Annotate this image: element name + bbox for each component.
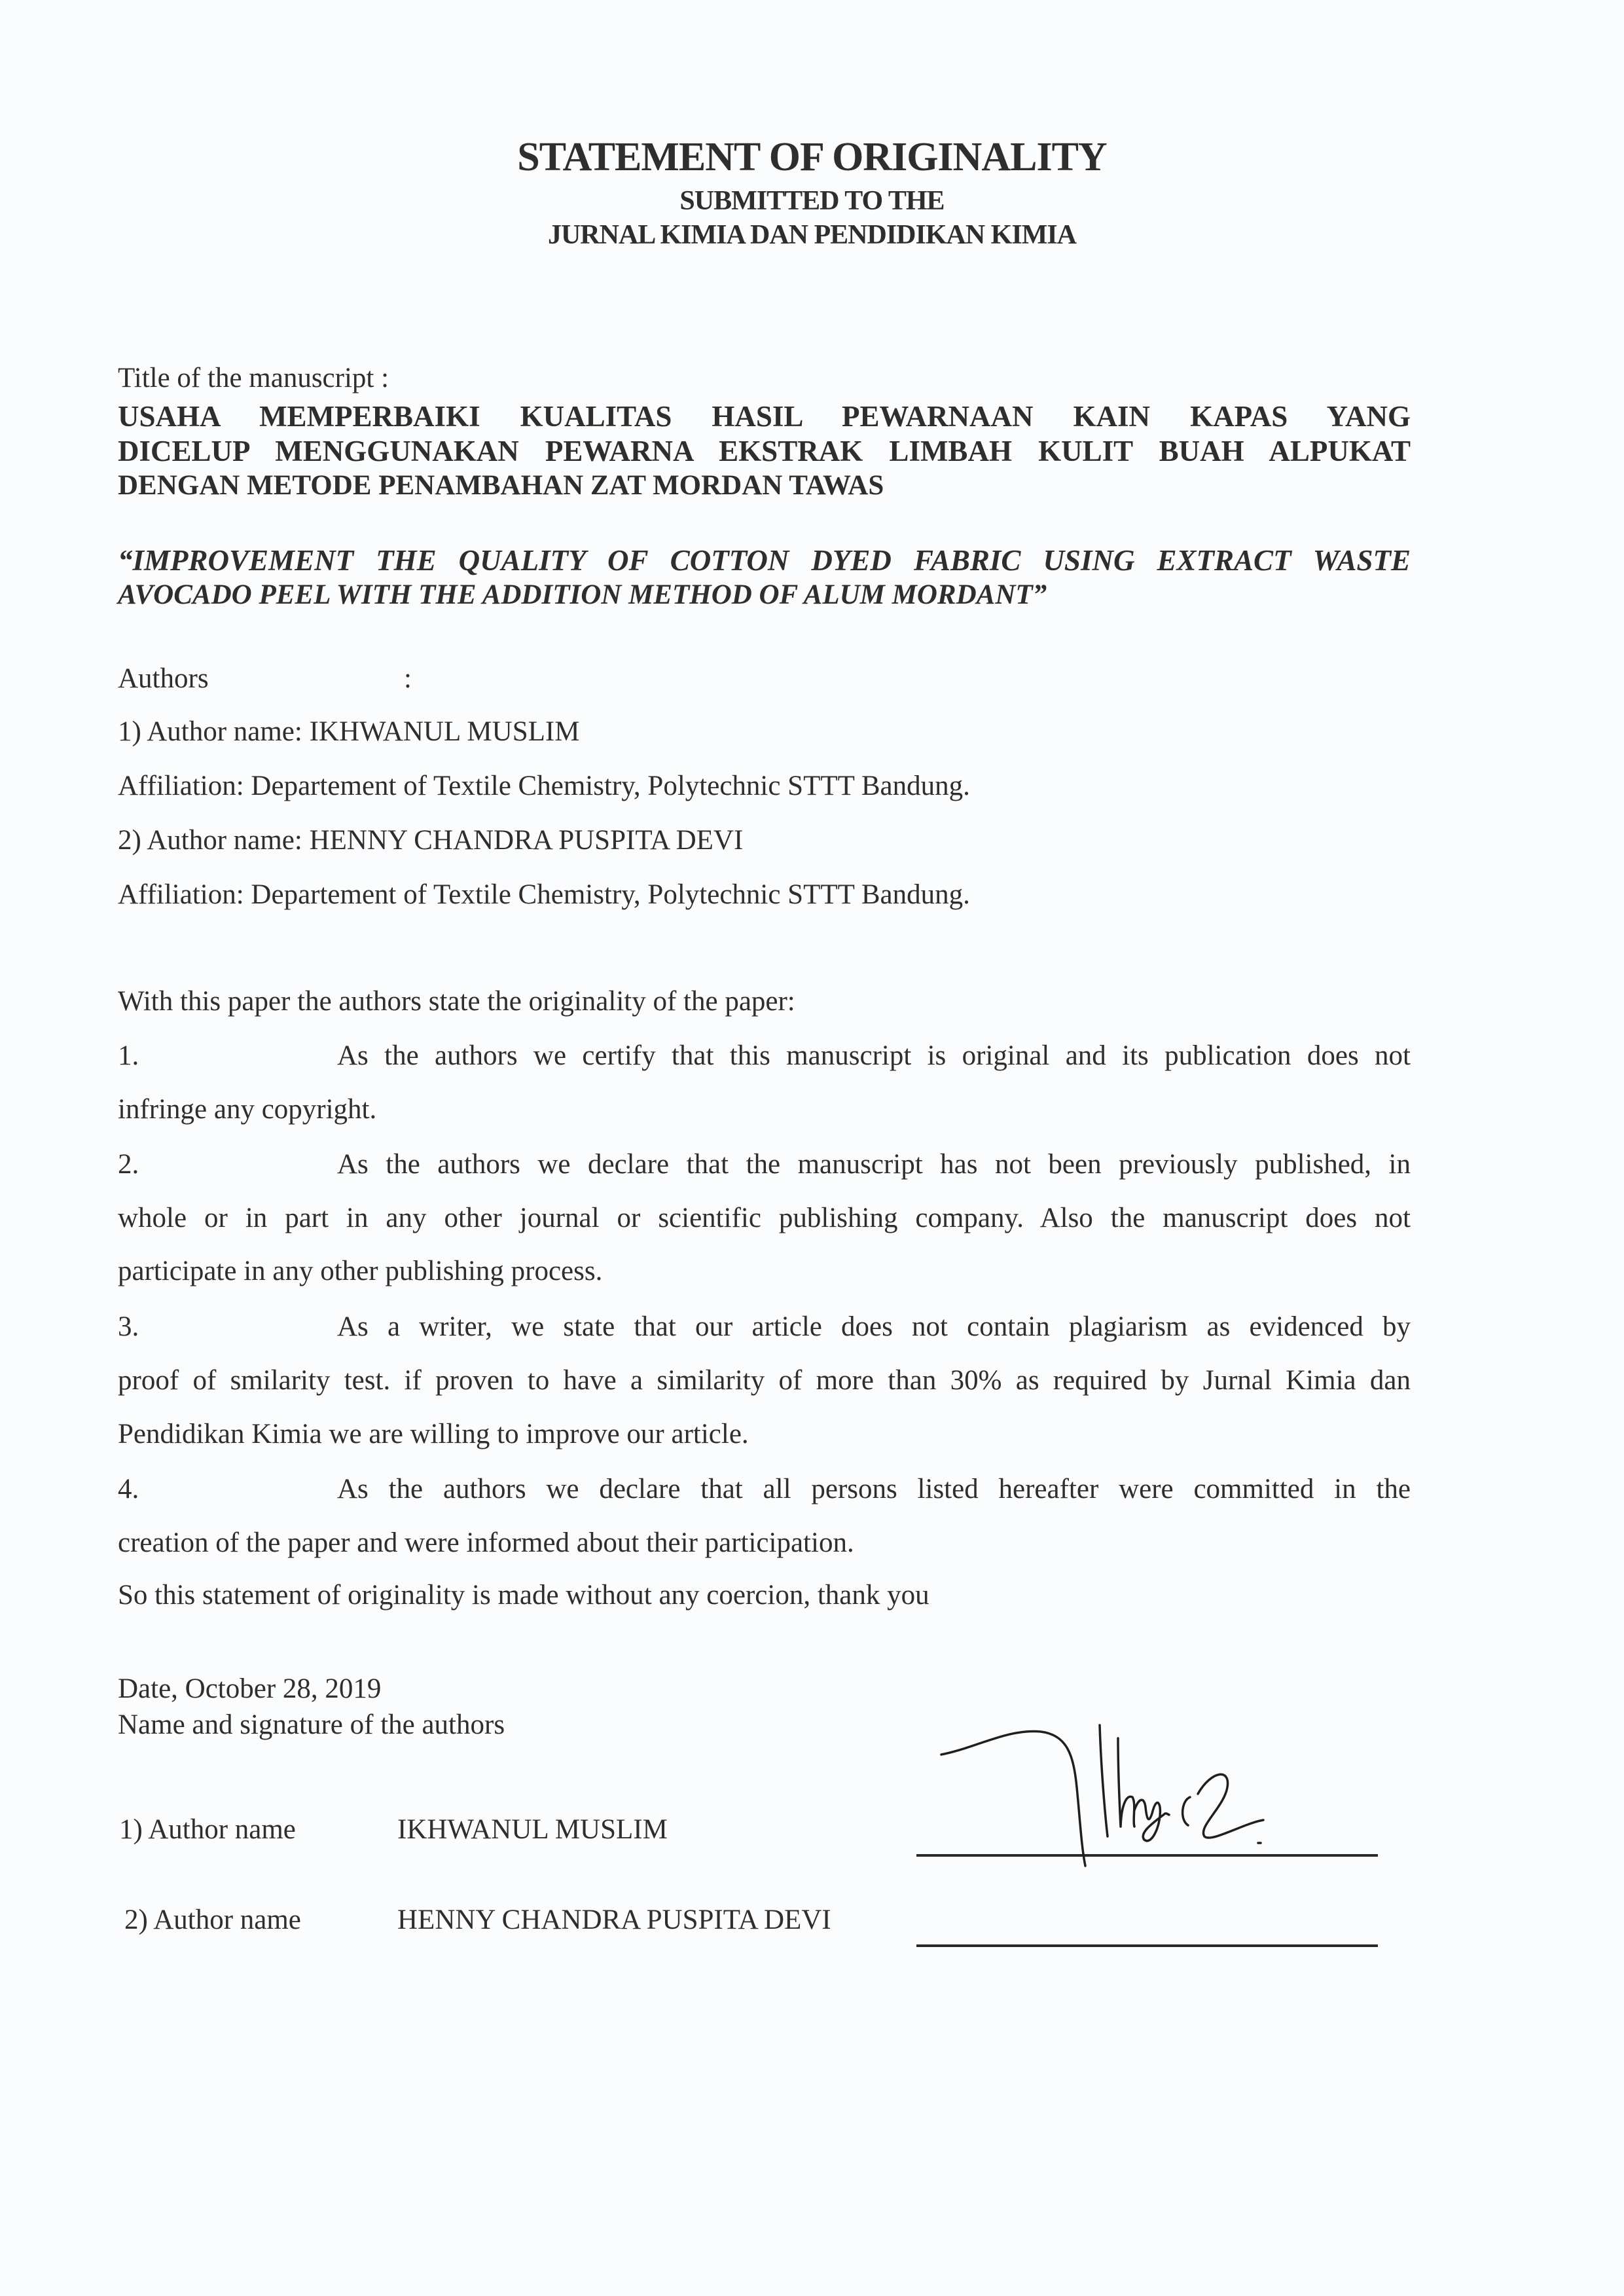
signature-row-name: IKHWANUL MUSLIM <box>397 1813 668 1846</box>
signature-line <box>916 1944 1378 1947</box>
author-1-name: 1) Author name: IKHWANUL MUSLIM <box>118 716 579 748</box>
authors-colon: : <box>404 663 412 695</box>
statement-item-number: 1. <box>118 1040 139 1072</box>
statement-item-number: 2. <box>118 1148 139 1180</box>
date-line: Date, October 28, 2019 <box>118 1673 381 1705</box>
authors-label: Authors <box>118 663 209 695</box>
manuscript-title-en-line: “IMPROVEMENT THE QUALITY OF COTTON DYED … <box>118 543 1411 577</box>
manuscript-title-en-line: AVOCADO PEEL WITH THE ADDITION METHOD OF… <box>118 579 1047 611</box>
manuscript-title-id-line: USAHA MEMPERBAIKI KUALITAS HASIL PEWARNA… <box>118 399 1411 433</box>
document-subtitle-journal: JURNAL KIMIA DAN PENDIDIKAN KIMIA <box>0 219 1624 251</box>
author-1-affiliation: Affiliation: Departement of Textile Chem… <box>118 770 970 802</box>
statement-intro: With this paper the authors state the or… <box>118 985 795 1017</box>
handwritten-signature-icon <box>936 1715 1276 1872</box>
statement-item-text: participate in any other publishing proc… <box>118 1255 602 1287</box>
statement-item-text: proof of smilarity test. if proven to ha… <box>118 1364 1411 1396</box>
author-2-name: 2) Author name: HENNY CHANDRA PUSPITA DE… <box>118 824 743 856</box>
manuscript-title-id-line: DENGAN METODE PENAMBAHAN ZAT MORDAN TAWA… <box>118 469 884 501</box>
manuscript-title-label: Title of the manuscript : <box>118 362 389 394</box>
statement-item-text: creation of the paper and were informed … <box>118 1527 854 1559</box>
statement-item-number: 4. <box>118 1473 139 1505</box>
document-title: STATEMENT OF ORIGINALITY <box>0 134 1624 181</box>
signature-row-label: 2) Author name <box>124 1904 301 1936</box>
statement-item-text: As the authors we declare that all perso… <box>337 1473 1411 1505</box>
manuscript-title-id-line: DICELUP MENGGUNAKAN PEWARNA EKSTRAK LIMB… <box>118 434 1411 468</box>
statement-item-text: Pendidikan Kimia we are willing to impro… <box>118 1418 749 1450</box>
signature-section-label: Name and signature of the authors <box>118 1709 505 1741</box>
signature-row-label: 1) Author name <box>119 1813 296 1846</box>
statement-closing: So this statement of originality is made… <box>118 1579 929 1611</box>
statement-item-text: infringe any copyright. <box>118 1093 376 1125</box>
statement-item-number: 3. <box>118 1311 139 1343</box>
document-subtitle-submitted: SUBMITTED TO THE <box>0 185 1624 217</box>
statement-item-text: As a writer, we state that our article d… <box>337 1311 1411 1343</box>
author-2-affiliation: Affiliation: Departement of Textile Chem… <box>118 879 970 911</box>
statement-item-text: As the authors we certify that this manu… <box>337 1040 1411 1072</box>
signature-row-name: HENNY CHANDRA PUSPITA DEVI <box>397 1904 831 1936</box>
statement-item-text: As the authors we declare that the manus… <box>337 1148 1411 1180</box>
statement-item-text: whole or in part in any other journal or… <box>118 1202 1411 1234</box>
